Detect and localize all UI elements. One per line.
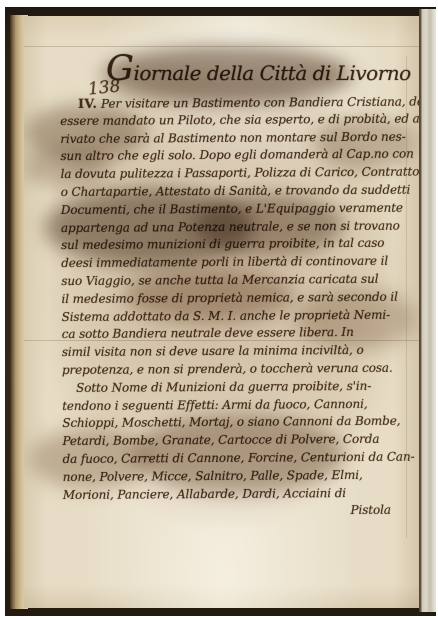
manuscript-line: Sotto Nome di Munizioni da guerra proibi… <box>62 377 414 397</box>
manuscript-line: IV. Per visitare un Bastimento con Bandi… <box>60 93 412 113</box>
manuscript-line: da fuoco, Carretti di Cannone, Forcine, … <box>62 448 414 468</box>
page-title: Giornale della Città di Livorno <box>106 49 411 89</box>
text-body: IV. Per visitare un Bastimento con Bandi… <box>60 93 415 523</box>
manuscript-line: suo Viaggio, se anche tutta la Mercanzia… <box>61 271 413 291</box>
manuscript-page: 138 Giornale della Città di Livorno IV. … <box>24 16 421 608</box>
manuscript-line: essere mandato un Piloto, che sia espert… <box>60 110 412 130</box>
manuscript-line: o Chartapartie, Attestato di Sanità, e t… <box>61 182 413 202</box>
paragraph-number: IV. <box>78 96 97 111</box>
manuscript-line: prepotenza, e non si prenderà, o toccher… <box>62 359 414 379</box>
scanned-manuscript-photo: 138 Giornale della Città di Livorno IV. … <box>0 0 438 620</box>
line-text: Per visitare un Bastimento con Bandiera … <box>101 94 421 110</box>
fore-edge-page-stack <box>419 9 436 612</box>
manuscript-line: none, Polvere, Micce, Salnitro, Palle, S… <box>63 466 415 486</box>
manuscript-line: il medesimo fosse di proprietà nemica, e… <box>61 288 413 308</box>
manuscript-line: Pistola <box>63 502 415 522</box>
manuscript-line: Documenti, che il Bastimento, e L'Equipa… <box>61 199 413 219</box>
manuscript-line: Sistema addottato da S. M. I. anche le p… <box>61 306 413 326</box>
paper-crease <box>24 46 421 47</box>
